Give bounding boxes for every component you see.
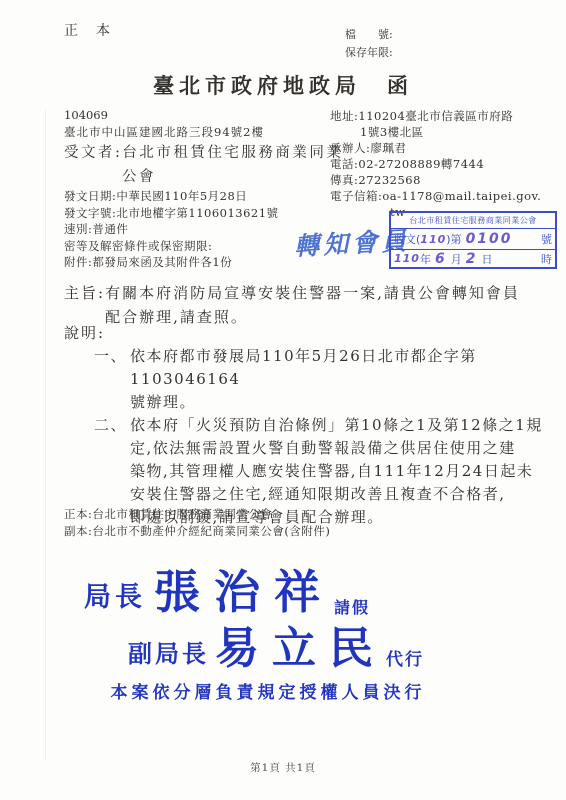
scan-edge-shadow: [45, 110, 46, 760]
stamp-receipt-number-handwritten: 0100: [466, 231, 513, 247]
deputy-acting-note: 代行: [386, 645, 424, 676]
file-number-label: 檔 號:: [345, 26, 393, 44]
stamp-organization-name: 台北市租賃住宅服務商業同業公會: [391, 213, 555, 229]
attachment-note: 附件:都發局來函及其附件各1份: [64, 254, 279, 271]
stamp-day-label: 日: [481, 251, 492, 267]
explanation-item-2-line1: 依本府「火災預防自治條例」第10條之1及第12條之1規: [130, 414, 543, 437]
stamp-month-label: 月: [451, 251, 462, 267]
explanation-item-2-line3: 築物,其管理權人應安裝住警器,自111年12月24日起未: [130, 460, 543, 483]
deputy-director-title: 副局長: [128, 634, 209, 676]
document-title: 臺北市政府地政局 函: [0, 70, 566, 100]
issue-date: 發文日期:中華民國110年5月28日: [64, 188, 279, 205]
authorization-statement: 本案依分層負責規定授權人員決行: [0, 678, 536, 703]
recipient-line2: 公會: [122, 165, 343, 189]
file-header-labels: 檔 號: 保存年限:: [345, 26, 393, 62]
stamp-date-year-handwritten: 110: [394, 252, 420, 265]
stamp-year-label: 年: [420, 251, 431, 267]
subject-text: 有關本府消防局宣導安裝住警器一案,請貴公會轉知會員 配合辦理,請查照。: [105, 281, 520, 329]
retention-period-label: 保存年限:: [345, 44, 393, 62]
stamp-time-label: 時: [541, 251, 552, 267]
priority: 速別:普通件: [64, 221, 279, 238]
issue-number: 發文字號:北市地權字第1106013621號: [64, 205, 279, 222]
official-letter-page: 正 本 檔 號: 保存年限: 臺北市政府地政局 函 104069 臺北市中山區建…: [0, 0, 566, 800]
stamp-date-row: 110年6月2日 時: [391, 250, 555, 267]
recipient-block: 受文者:台北市租賃住宅服務商業同業 公會: [64, 141, 343, 189]
subject-line2: 配合辦理,請查照。: [105, 305, 520, 329]
explanation-item-1-line2: 號辦理。: [130, 391, 566, 414]
stamp-receipt-year-handwritten: 110: [420, 233, 446, 246]
contact-person: 承辦人:廖珮君: [330, 140, 541, 156]
distribution-block: 正本:台北市租賃住宅服務商業同業公會 副本:台北市不動產仲介經紀商業同業公會(含…: [64, 506, 330, 539]
subject-line1: 有關本府消防局宣導安裝住警器一案,請貴公會轉知會員: [105, 281, 520, 305]
stamp-receipt-suffix: 號: [541, 231, 552, 247]
distribution-original: 正本:台北市租賃住宅服務商業同業公會: [64, 506, 330, 523]
contact-phone: 電話:02-27208889轉7444: [330, 156, 541, 172]
page-number-footer: 第1頁 共1頁: [0, 760, 566, 775]
document-meta-block: 發文日期:中華民國110年5月28日 發文字號:北市地權字第1106013621…: [64, 188, 279, 271]
explanation-item-2-line2: 定,依法無需設置火警自動警報設備之供居住使用之建: [130, 437, 543, 460]
explanation-item-1-text: 依本府都市發展局110年5月26日北市都企字第1103046164 號辦理。: [130, 345, 566, 414]
stamp-receipt-mid: )第: [446, 231, 461, 247]
explanation-item-2-line4: 安裝住警器之住宅,經通知限期改善且複查不合格者,: [130, 483, 543, 506]
contact-fax: 傳真:27232568: [330, 172, 541, 188]
contact-address-line1: 地址:110204臺北市信義區市府路: [330, 108, 541, 124]
explanation-block: 一、 依本府都市發展局110年5月26日北市都企字第1103046164 號辦理…: [94, 345, 566, 529]
explanation-item-1-line1: 依本府都市發展局110年5月26日北市都企字第1103046164: [130, 345, 566, 391]
deputy-director-name-stamp: 易立民: [215, 612, 386, 676]
stamp-date-day-handwritten: 2: [466, 251, 478, 267]
explanation-item-1: 一、 依本府都市發展局110年5月26日北市都企字第1103046164 號辦理…: [94, 345, 566, 414]
stamp-date-month-handwritten: 6: [435, 251, 447, 267]
contact-address-line2: 1號3樓北區: [330, 124, 541, 140]
contact-block: 地址:110204臺北市信義區市府路 1號3樓北區 承辦人:廖珮君 電話:02-…: [330, 108, 541, 220]
receipt-stamp: 台北市租賃住宅服務商業同業公會 收文(110)第0100 號 110年6月2日 …: [389, 211, 557, 269]
stamp-receipt-prefix: 收文(: [394, 231, 420, 247]
signature-deputy-line: 副局長 易立民 代行: [128, 612, 424, 676]
recipient-zip: 104069: [64, 108, 108, 122]
explanation-label: 說明:: [64, 322, 105, 343]
stamp-receipt-number-row: 收文(110)第0100 號: [391, 229, 555, 251]
recipient-street-address: 臺北市中山區建國北路三段94號2樓: [64, 124, 264, 140]
copy-type-label: 正 本: [64, 20, 112, 40]
contact-email-line1: 電子信箱:oa-1178@mail.taipei.gov.: [330, 188, 541, 204]
classification: 密等及解密條件或保密期限:: [64, 238, 279, 255]
distribution-copy: 副本:台北市不動產仲介經紀商業同業公會(含附件): [64, 523, 330, 540]
recipient-line1: 受文者:台北市租賃住宅服務商業同業: [64, 141, 343, 165]
explanation-item-1-number: 一、: [94, 345, 130, 414]
subject-block: 主旨: 有關本府消防局宣導安裝住警器一案,請貴公會轉知會員 配合辦理,請查照。: [64, 281, 520, 329]
